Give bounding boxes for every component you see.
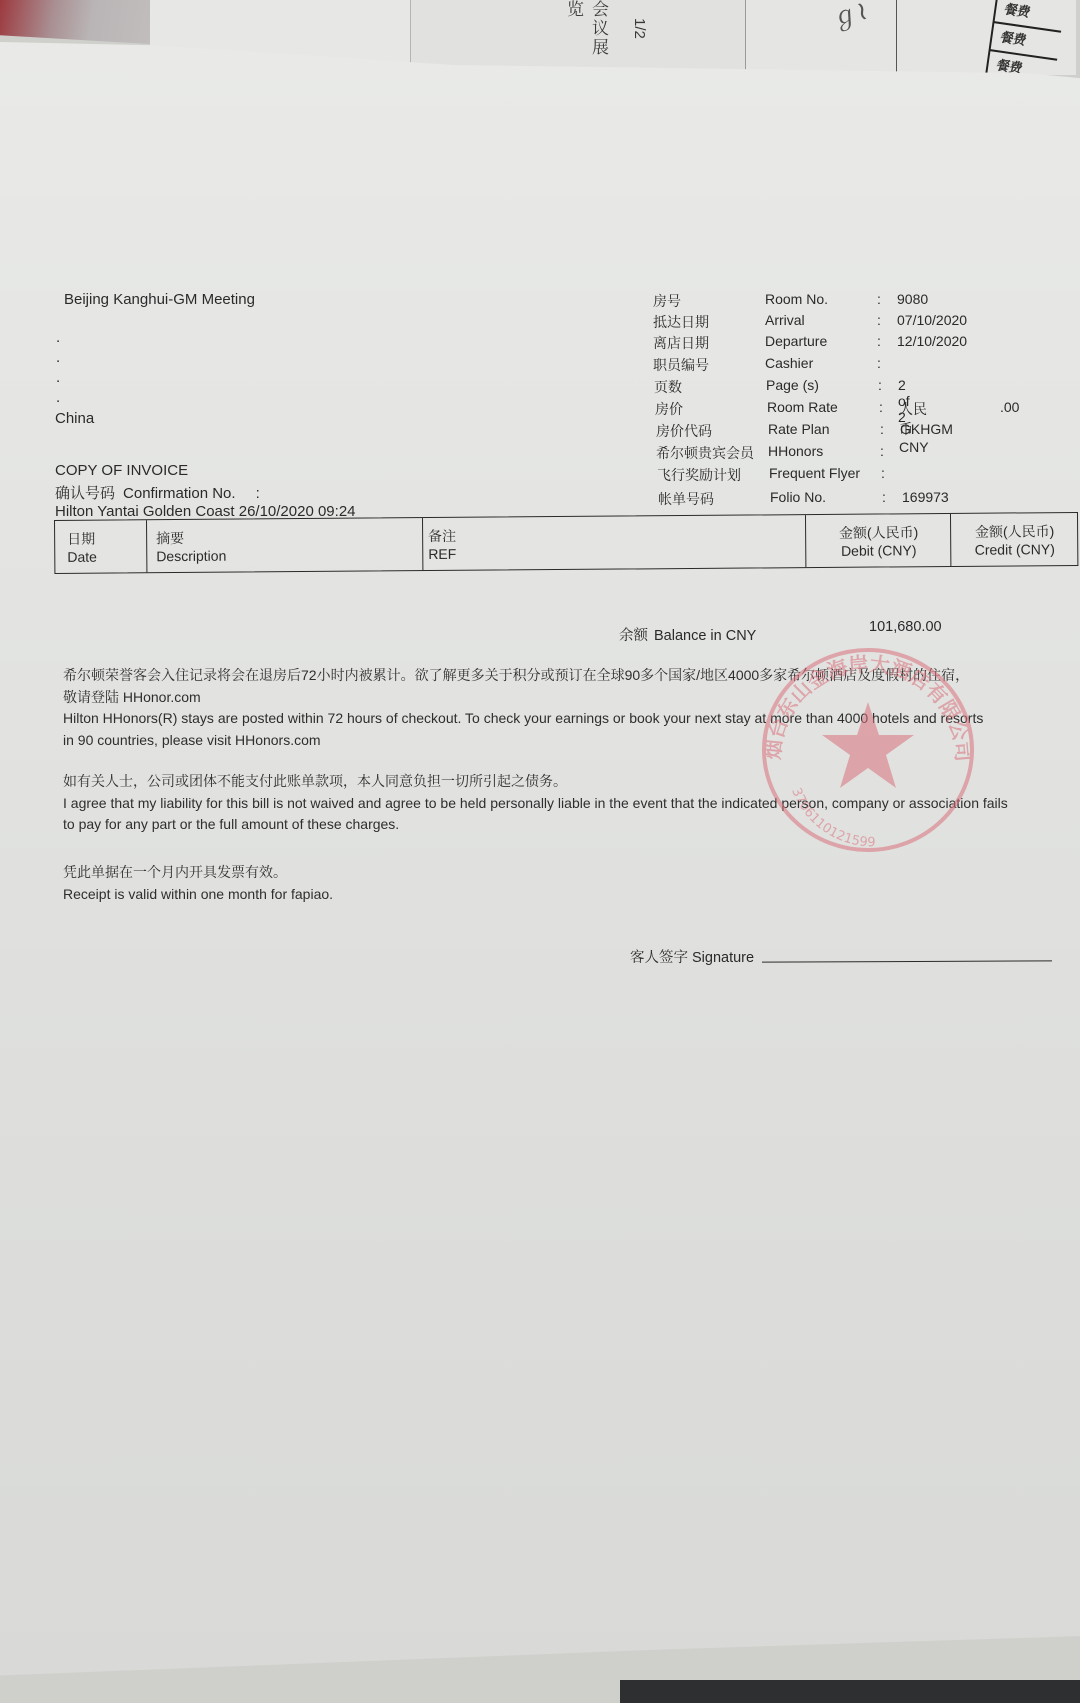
colon: :: [882, 489, 886, 505]
column-label-zh: 金额(人民币): [806, 522, 951, 543]
hhonors-note: 希尔顿荣誉客会入住记录将会在退房后72小时内被累计。欲了解更多关于积分或预订在全…: [63, 665, 983, 751]
address-line: .: [56, 390, 60, 405]
info-label-zh: 希尔顿贵宾会员: [656, 443, 766, 463]
info-value-amount: .00: [1000, 399, 1019, 415]
confirmation-number: 确认号码Confirmation No.:: [55, 482, 260, 503]
column-date: 日期 Date: [55, 520, 145, 573]
info-value: 07/10/2020: [897, 312, 967, 328]
info-label-zh: 房号: [653, 291, 763, 311]
column-label-en: Date: [67, 549, 97, 565]
colon: :: [880, 443, 884, 459]
desk-shadow: [620, 1680, 1080, 1703]
info-label-zh: 抵达日期: [653, 312, 763, 332]
address-line: .: [56, 350, 60, 365]
info-label-en: Room No.: [765, 291, 875, 307]
info-label-zh: 飞行奖励计划: [657, 465, 767, 485]
colon: :: [877, 291, 881, 307]
colon: :: [877, 312, 881, 328]
info-label-en: Page (s): [766, 377, 876, 393]
note-line: Hilton HHonors(R) stays are posted withi…: [63, 708, 983, 730]
info-label-zh: 房价: [655, 399, 765, 419]
info-value: 169973: [902, 489, 949, 505]
divider: [896, 0, 897, 75]
liability-note: 如有关人士，公司或团体不能支付此账单款项，本人同意负担一切所引起之债务。 I a…: [63, 771, 1008, 836]
info-label-zh: 房价代码: [656, 421, 766, 441]
info-label-en: Frequent Flyer: [769, 465, 879, 481]
guest-name: Beijing Kanghui-GM Meeting: [64, 291, 255, 308]
balance-label-zh: 余额: [619, 628, 648, 644]
colon: :: [877, 355, 881, 371]
invoice-title: COPY OF INVOICE: [55, 462, 188, 479]
info-label-zh: 页数: [654, 377, 764, 397]
column-label-zh: 日期: [67, 529, 95, 549]
colon: :: [877, 333, 881, 349]
charges-table-header: 日期 Date 摘要 Description 备注 REF 金额(人民币) De…: [54, 512, 1078, 574]
note-line: 如有关人士，公司或团体不能支付此账单款项，本人同意负担一切所引起之债务。: [63, 771, 1008, 793]
background-paper: 会议展览 1/2: [410, 0, 751, 70]
column-description: 摘要 Description: [146, 518, 422, 572]
balance-label: 余额Balance in CNY: [619, 624, 756, 645]
confirmation-label-en: Confirmation No.: [123, 485, 236, 502]
balance-label-en: Balance in CNY: [654, 628, 756, 644]
address-line: .: [56, 330, 60, 345]
info-label-en: Cashier: [765, 355, 875, 371]
info-value: 9080: [897, 291, 928, 307]
note-line: to pay for any part or the full amount o…: [63, 814, 1008, 836]
info-label-en: Departure: [765, 333, 875, 349]
info-label-en: Rate Plan: [768, 421, 878, 437]
note-line: 凭此单据在一个月内开具发票有效。: [63, 862, 333, 884]
column-debit: 金额(人民币) Debit (CNY): [805, 514, 951, 567]
guest-country: China: [55, 410, 94, 427]
info-value: GKHGM: [900, 421, 953, 437]
column-label-en: REF: [428, 546, 456, 562]
signature-label: 客人签字Signature: [630, 946, 754, 967]
info-label-zh: 职员编号: [653, 355, 763, 375]
note-line: in 90 countries, please visit HHonors.co…: [63, 730, 983, 752]
colon: :: [881, 465, 885, 481]
column-label-en: Debit (CNY): [806, 542, 951, 559]
column-label-zh: 金额(人民币): [951, 521, 1078, 542]
colon: :: [879, 399, 883, 415]
info-label-en: Arrival: [765, 312, 875, 328]
colon: :: [878, 377, 882, 393]
background-object: [0, 0, 150, 44]
background-page-mark: 1/2: [631, 18, 648, 39]
column-label-en: Description: [156, 548, 226, 565]
balance-value: 101,680.00: [869, 619, 942, 635]
colon: :: [880, 421, 884, 437]
note-line: Receipt is valid within one month for fa…: [63, 884, 333, 906]
note-line: I agree that my liability for this bill …: [63, 793, 1008, 815]
signature-label-zh: 客人签字: [630, 950, 688, 966]
address-line: .: [56, 370, 60, 385]
confirmation-label-zh: 确认号码: [55, 485, 115, 502]
info-label-en: Folio No.: [770, 489, 880, 505]
column-label-en: Credit (CNY): [951, 541, 1078, 558]
receipt-note: 凭此单据在一个月内开具发票有效。 Receipt is valid within…: [63, 862, 333, 905]
info-label-en: HHonors: [768, 443, 878, 459]
info-label-en: Room Rate: [767, 399, 877, 415]
note-line: 希尔顿荣誉客会入住记录将会在退房后72小时内被累计。欲了解更多关于积分或预订在全…: [63, 665, 983, 687]
info-label-zh: 帐单号码: [658, 489, 768, 509]
signature-label-en: Signature: [692, 950, 754, 966]
column-ref: 备注 REF: [422, 515, 806, 570]
handwriting-scribble: ℊ≀: [827, 0, 871, 35]
background-vertical-text: 会议展览: [561, 0, 611, 70]
column-label-zh: 备注: [428, 526, 456, 546]
background-meal-list: 餐费 餐费 餐费: [984, 0, 1067, 80]
colon: :: [256, 485, 260, 502]
column-label-zh: 摘要: [156, 528, 184, 548]
note-line: 敬请登陆 HHonor.com: [63, 687, 983, 709]
info-value: 12/10/2020: [897, 333, 967, 349]
column-credit: 金额(人民币) Credit (CNY): [950, 513, 1078, 566]
info-label-zh: 离店日期: [653, 333, 763, 353]
